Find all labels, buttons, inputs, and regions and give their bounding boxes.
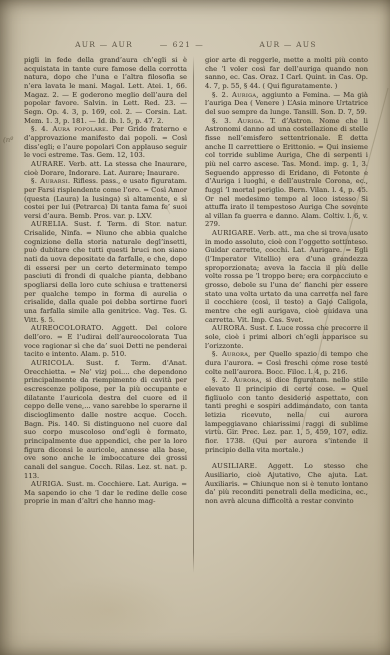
dictionary-paragraph: AURICOLA. Sust. f. Term. d’Anat. Orecchi… xyxy=(24,359,187,480)
margin-annotation: (nº xyxy=(3,136,14,145)
entry-headword: §. 2. Auriga, xyxy=(212,91,259,99)
right-column: gior arte di reggerle, mette a molti più… xyxy=(205,56,368,578)
book-page-scan: AUR — AUR — 621 — AUR — AUS pigli in fed… xyxy=(0,0,390,655)
dictionary-paragraph: AURELIA. Sust. f. Term. di Stor. natur. … xyxy=(24,220,187,324)
dictionary-paragraph: gior arte di reggerle, mette a molti più… xyxy=(205,56,368,91)
entry-headword: AURELIA. xyxy=(31,220,68,228)
dictionary-paragraph: §. 4. Aura popolare. Per Grido fraterno … xyxy=(24,125,187,160)
paper-stain xyxy=(40,575,180,645)
entry-headword: §. 3. Auriga. xyxy=(212,117,264,125)
dictionary-paragraph: AURORA. Sust. f. Luce rossa che precorre… xyxy=(205,324,368,350)
entry-headword: AUREOCOLORATO. xyxy=(31,324,104,332)
column-divider-rule xyxy=(193,56,194,573)
running-head: AUR — AUR — 621 — AUR — AUS xyxy=(24,40,368,52)
entry-headword: AURIGA. xyxy=(31,480,64,488)
dictionary-paragraph: §. 3. Auriga. T. d’Astron. Nome che li A… xyxy=(205,117,368,230)
entry-headword: AURORA. xyxy=(212,324,248,332)
entry-headword: §. Aurarsi. xyxy=(31,177,70,185)
dictionary-paragraph: AURIGA. Sust. m. Cocchiere. Lat. Auriga.… xyxy=(24,480,187,506)
dictionary-paragraph: pigli in fede della grand’aura ch’egli s… xyxy=(24,56,187,125)
entry-headword: §. Aurora, xyxy=(212,350,251,358)
dictionary-paragraph: AURARE. Verb. att. La stessa che Inaurar… xyxy=(24,160,187,177)
dictionary-paragraph: §. Aurarsi. Rifless. pass., e usato figu… xyxy=(24,177,187,220)
entry-headword: §. 2. Aurora, xyxy=(212,376,262,384)
entry-headword: AURICOLA. xyxy=(31,359,75,367)
entry-headword: AURIGARE. xyxy=(212,229,256,237)
dictionary-paragraph: §. Aurora, per Quello spazio di tempo ch… xyxy=(205,350,368,376)
dictionary-paragraph: AURIGARE. Verb. att., ma che si trova us… xyxy=(205,229,368,324)
entry-headword: AURARE. xyxy=(31,160,66,168)
dictionary-paragraph: §. 2. Aurora, si dice figuratam. nello s… xyxy=(205,376,368,454)
dictionary-paragraph: AUREOCOLORATO. Aggett. Del colore dell’o… xyxy=(24,324,187,359)
left-column: pigli in fede della grand’aura ch’egli s… xyxy=(24,56,187,578)
text-columns: pigli in fede della grand’aura ch’egli s… xyxy=(24,56,368,578)
entry-headword: AUSILIARE. xyxy=(212,462,257,470)
entry-headword: §. 4. Aura popolare. xyxy=(31,125,109,133)
page-number: — 621 — xyxy=(24,40,340,49)
dictionary-paragraph: AUSILIARE. Aggett. Lo stesso che Ausilia… xyxy=(205,462,368,505)
dictionary-paragraph: §. 2. Auriga, aggiunto a Femina. — Ma gi… xyxy=(205,91,368,117)
